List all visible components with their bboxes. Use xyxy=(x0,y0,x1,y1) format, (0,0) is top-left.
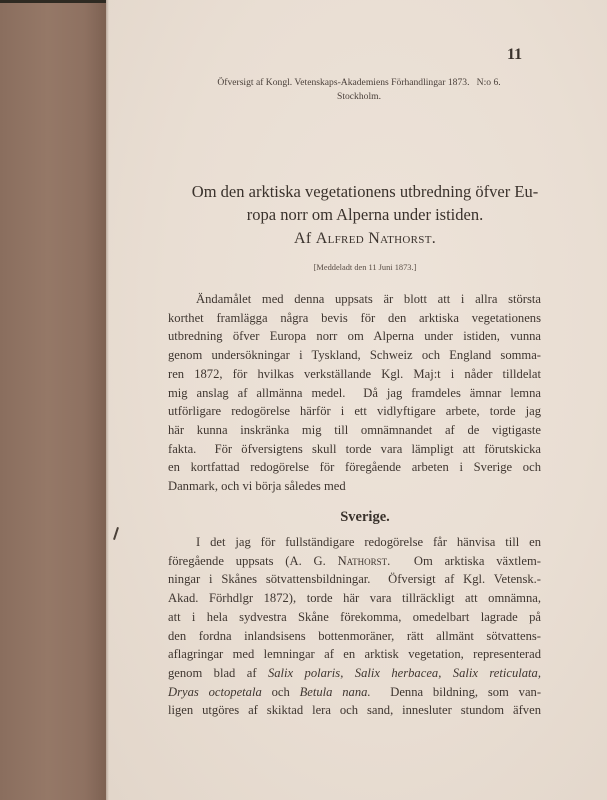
text-line: Ändamålet med denna uppsats är blott att… xyxy=(168,290,541,309)
journal-header-line2: Stockholm. xyxy=(150,90,568,104)
page-edge-shadow xyxy=(106,0,109,800)
article-title-line1: Om den arktiska vegetationens utbredning… xyxy=(160,180,570,203)
species-name: Betula nana. xyxy=(300,685,371,699)
text-fragment: genom blad af xyxy=(168,666,268,680)
author-prefix: Af xyxy=(294,230,311,247)
paragraph-intro: Ändamålet med denna uppsats är blott att… xyxy=(168,290,541,496)
communicated-date: [Meddeladt den 11 Juni 1873.] xyxy=(160,263,570,272)
text-line: fakta. För öfversigtens skull torde vara… xyxy=(168,440,541,459)
journal-header-line1: Öfversigt af Kongl. Vetenskaps-Akademien… xyxy=(150,76,568,90)
journal-header: Öfversigt af Kongl. Vetenskaps-Akademien… xyxy=(150,76,568,104)
cover-top-strip xyxy=(0,0,106,3)
text-line: ren 1872, för hvilkas verkställande Kgl.… xyxy=(168,365,541,384)
cited-author: Nathorst. xyxy=(338,554,391,568)
text-line: utbredning öfver Europa norr om Alperna … xyxy=(168,327,541,346)
text-line: utförligare redogörelse härför i ett vid… xyxy=(168,402,541,421)
text-line: Dryas octopetala och Betula nana. Denna … xyxy=(168,683,541,702)
text-line: föregående uppsats (A. G. Nathorst. Om a… xyxy=(168,552,541,571)
text-line: här kunna inskränka mig till omnämnandet… xyxy=(168,421,541,440)
text-line: en kortfattad redogörelse för föregående… xyxy=(168,458,541,477)
text-line: Akad. Förhdlgr 1872), torde här vara til… xyxy=(168,589,541,608)
author-name: Alfred Nathorst. xyxy=(316,230,436,247)
paragraph-sverige: I det jag för fullständigare redogörelse… xyxy=(168,533,541,720)
text-line: mig anslag af allmänna medel. Då jag fra… xyxy=(168,384,541,403)
text-fragment: Om arktiska växtlem- xyxy=(390,554,541,568)
text-line: I det jag för fullständigare redogörelse… xyxy=(168,533,541,552)
section-heading-sverige: Sverige. xyxy=(160,509,570,526)
text-line: genom undersökningar i Tyskland, Schweiz… xyxy=(168,346,541,365)
text-line: ningar i Skånes sötvattensbildningar. Öf… xyxy=(168,570,541,589)
text-line: Danmark, och vi börja således med xyxy=(168,477,541,496)
book-cover-edge xyxy=(0,0,106,800)
text-fragment: föregående uppsats (A. G. xyxy=(168,554,338,568)
text-line: korthet framlägga några bevis för den ar… xyxy=(168,309,541,328)
species-name: Salix polaris, xyxy=(268,666,343,680)
species-name: Dryas octopetala xyxy=(168,685,262,699)
article-title-line2: ropa norr om Alperna under istiden. xyxy=(160,203,570,226)
article-title: Om den arktiska vegetationens utbredning… xyxy=(160,180,570,226)
text-fragment: Denna bildning, som van- xyxy=(371,685,541,699)
page-number: 11 xyxy=(507,46,522,64)
text-fragment: och xyxy=(262,685,300,699)
species-name: Salix herbacea, xyxy=(355,666,442,680)
text-line: att i hela sydvestra Skåne förekomma, om… xyxy=(168,608,541,627)
text-line: ligen utgöres af skiktad lera och sand, … xyxy=(168,701,541,720)
text-line: aflagringar med lemningar af en arktisk … xyxy=(168,645,541,664)
species-name: Salix reticulata, xyxy=(453,666,541,680)
article-author: Af Alfred Nathorst. xyxy=(160,230,570,248)
text-line: genom blad af Salix polaris, Salix herba… xyxy=(168,664,541,683)
text-line: den fordna inlandsisens bottenmoräner, r… xyxy=(168,627,541,646)
